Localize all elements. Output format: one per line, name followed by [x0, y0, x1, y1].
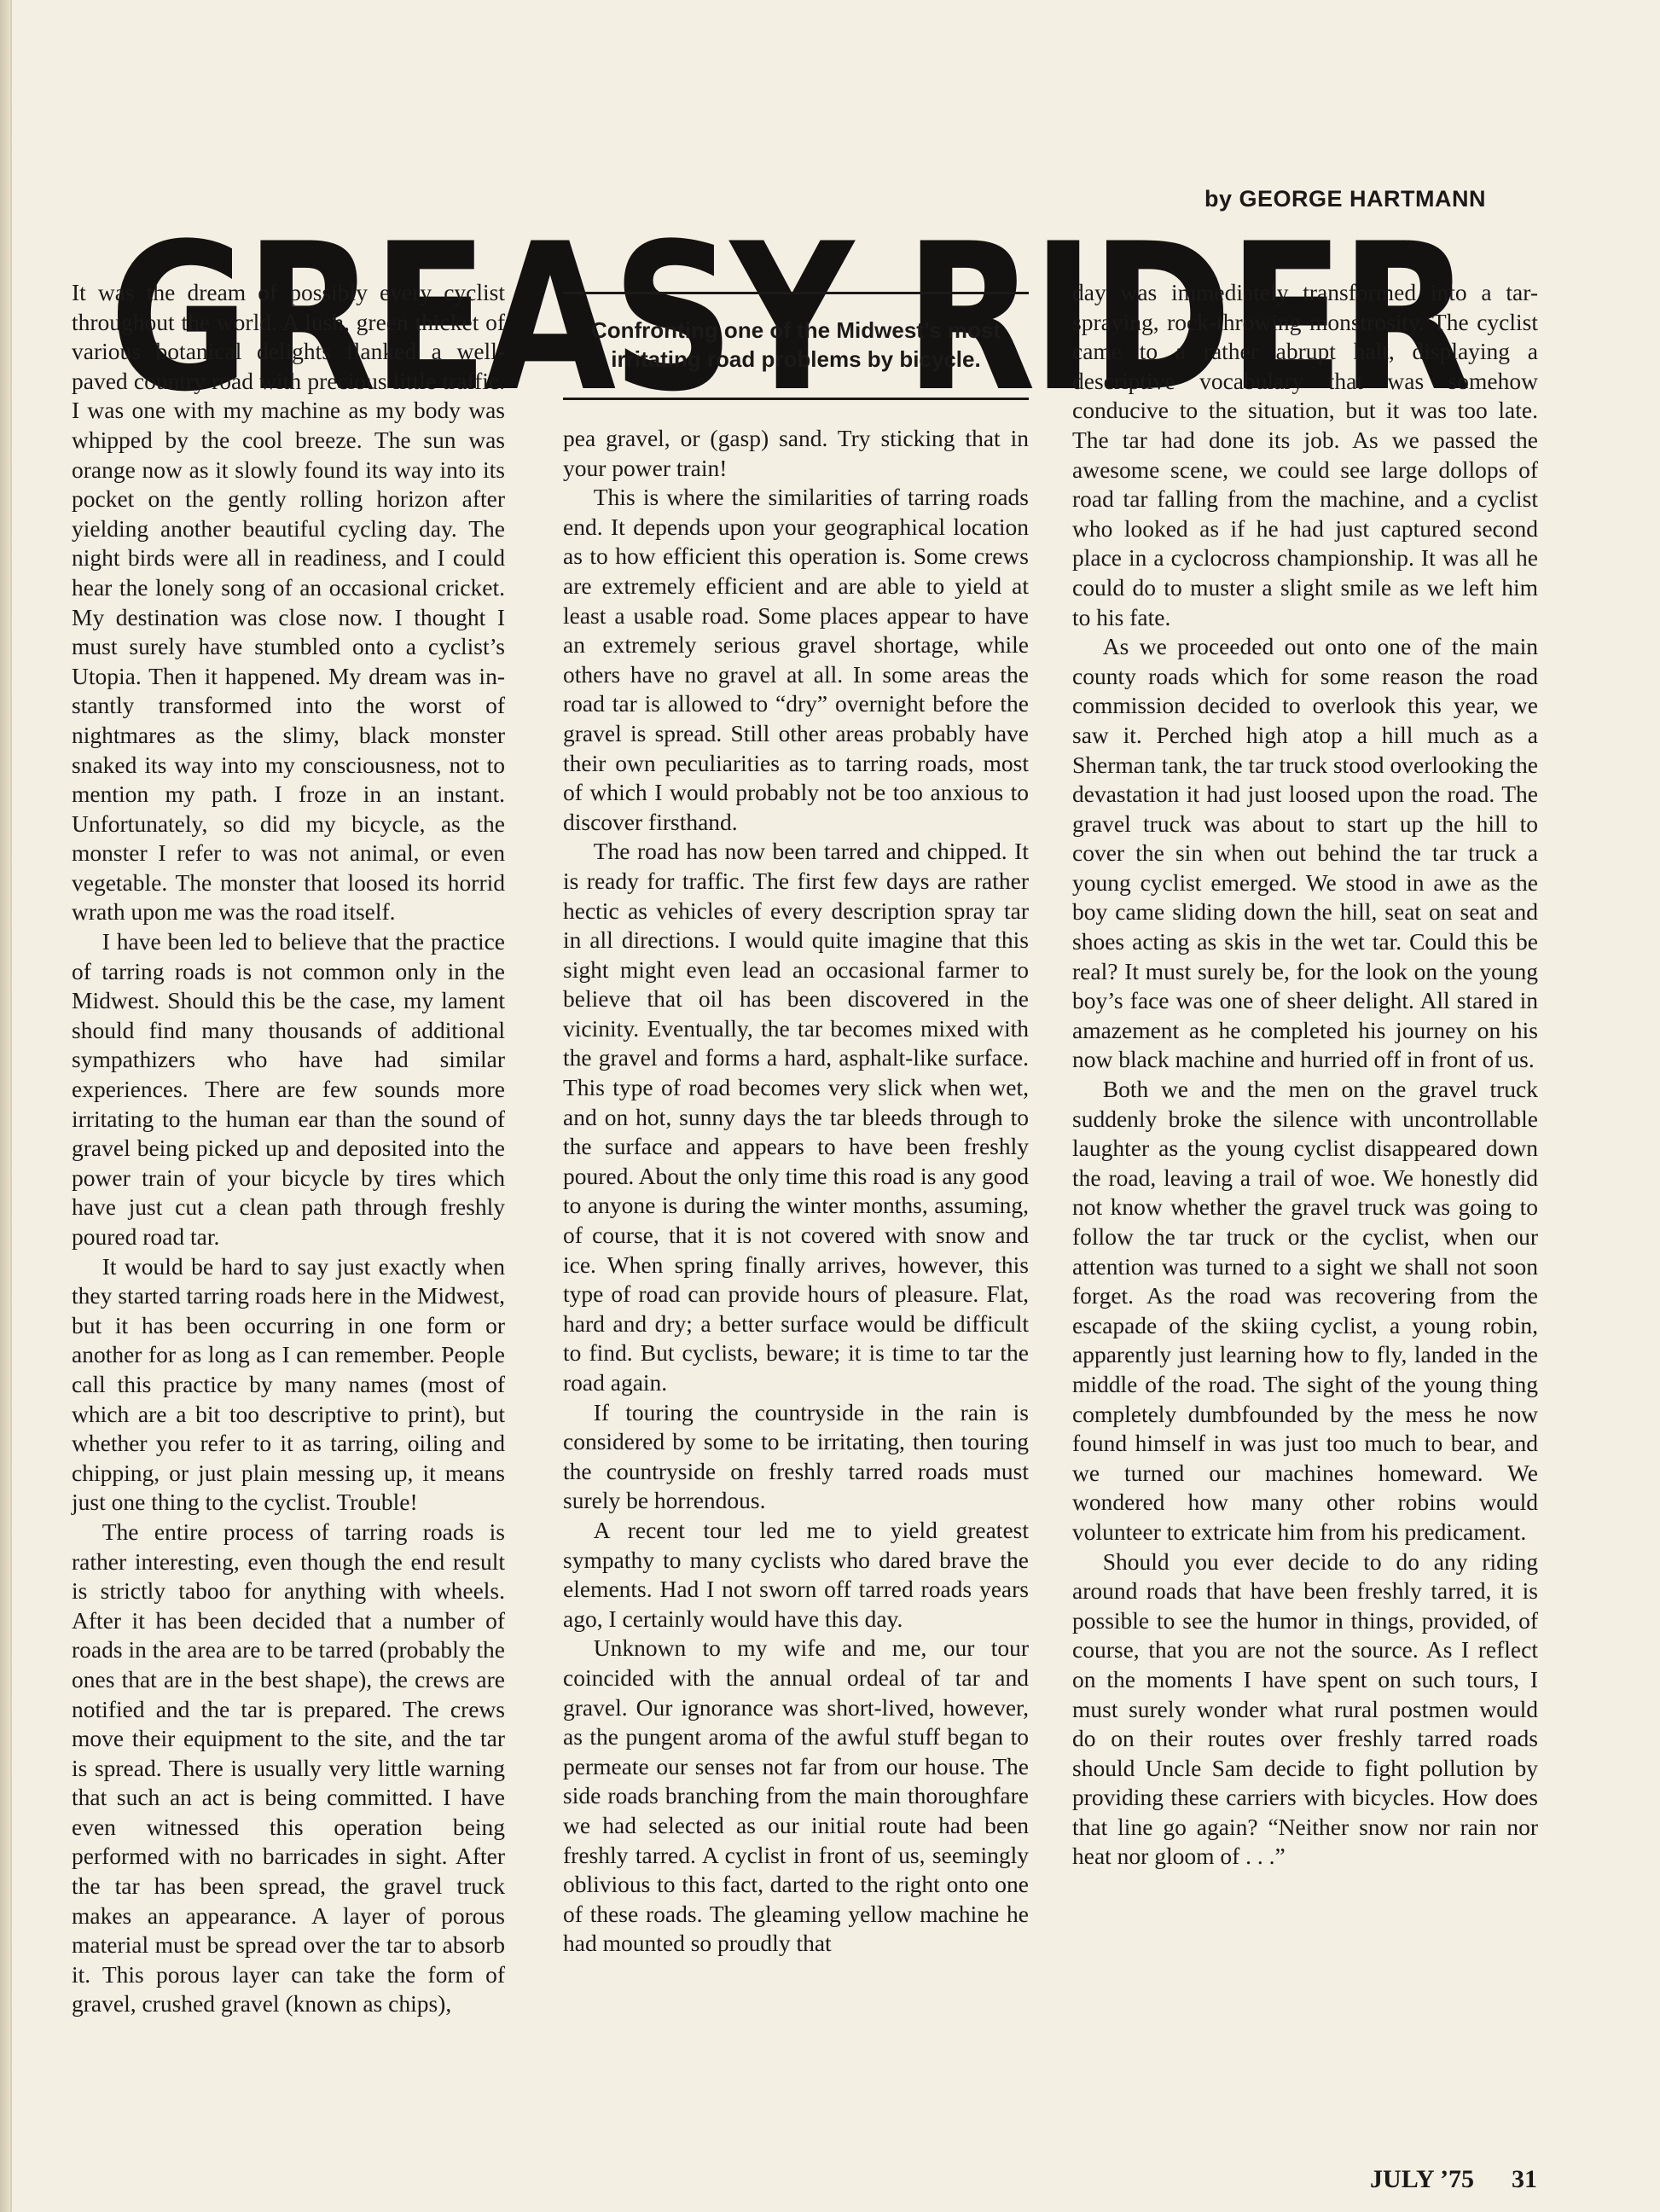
- paragraph: If touring the countryside in the rain i…: [563, 1398, 1029, 1516]
- paragraph: Unknown to my wife and me, our tour coin…: [563, 1634, 1029, 1959]
- page-binding-shadow: [0, 0, 10, 2212]
- page-footer: JULY ’7531: [1370, 2165, 1537, 2194]
- paragraph: The entire process of tarring roads is r…: [72, 1518, 505, 2019]
- paragraph: pea gravel, or (gasp) sand. Try sticking…: [563, 424, 1029, 483]
- paragraph: Both we and the men on the gravel truck …: [1072, 1075, 1538, 1547]
- page-number: 31: [1512, 2165, 1537, 2193]
- paragraph: I have been led to believe that the prac…: [72, 927, 505, 1252]
- paragraph: day was immediately transformed into a t…: [1072, 278, 1538, 632]
- article-deck: Confronting one of the Midwest’s most ir…: [563, 316, 1029, 374]
- article-byline: by GEORGE HARTMANN: [1204, 186, 1486, 212]
- issue-date: JULY ’75: [1370, 2165, 1474, 2193]
- paragraph: A recent tour led me to yield greatest s…: [563, 1516, 1029, 1634]
- paragraph: This is where the similarities of tar­ri…: [563, 483, 1029, 837]
- article-column-2: pea gravel, or (gasp) sand. Try sticking…: [563, 424, 1029, 1959]
- paragraph: The road has now been tarred and chipped…: [563, 837, 1029, 1397]
- paragraph: It was the dream of possibly every cy­cl…: [72, 278, 505, 927]
- page-binding-edge: [10, 0, 12, 2212]
- paragraph: Should you ever decide to do any rid­ing…: [1072, 1547, 1538, 1872]
- article-column-3: day was immediately transformed into a t…: [1072, 278, 1538, 1872]
- paragraph: As we proceeded out onto one of the main…: [1072, 632, 1538, 1075]
- paragraph: It would be hard to say just exactly whe…: [72, 1252, 505, 1518]
- article-column-1: It was the dream of possibly every cy­cl…: [72, 278, 505, 2019]
- deck-rule-bottom: [563, 398, 1029, 400]
- deck-rule-top: [563, 292, 1029, 294]
